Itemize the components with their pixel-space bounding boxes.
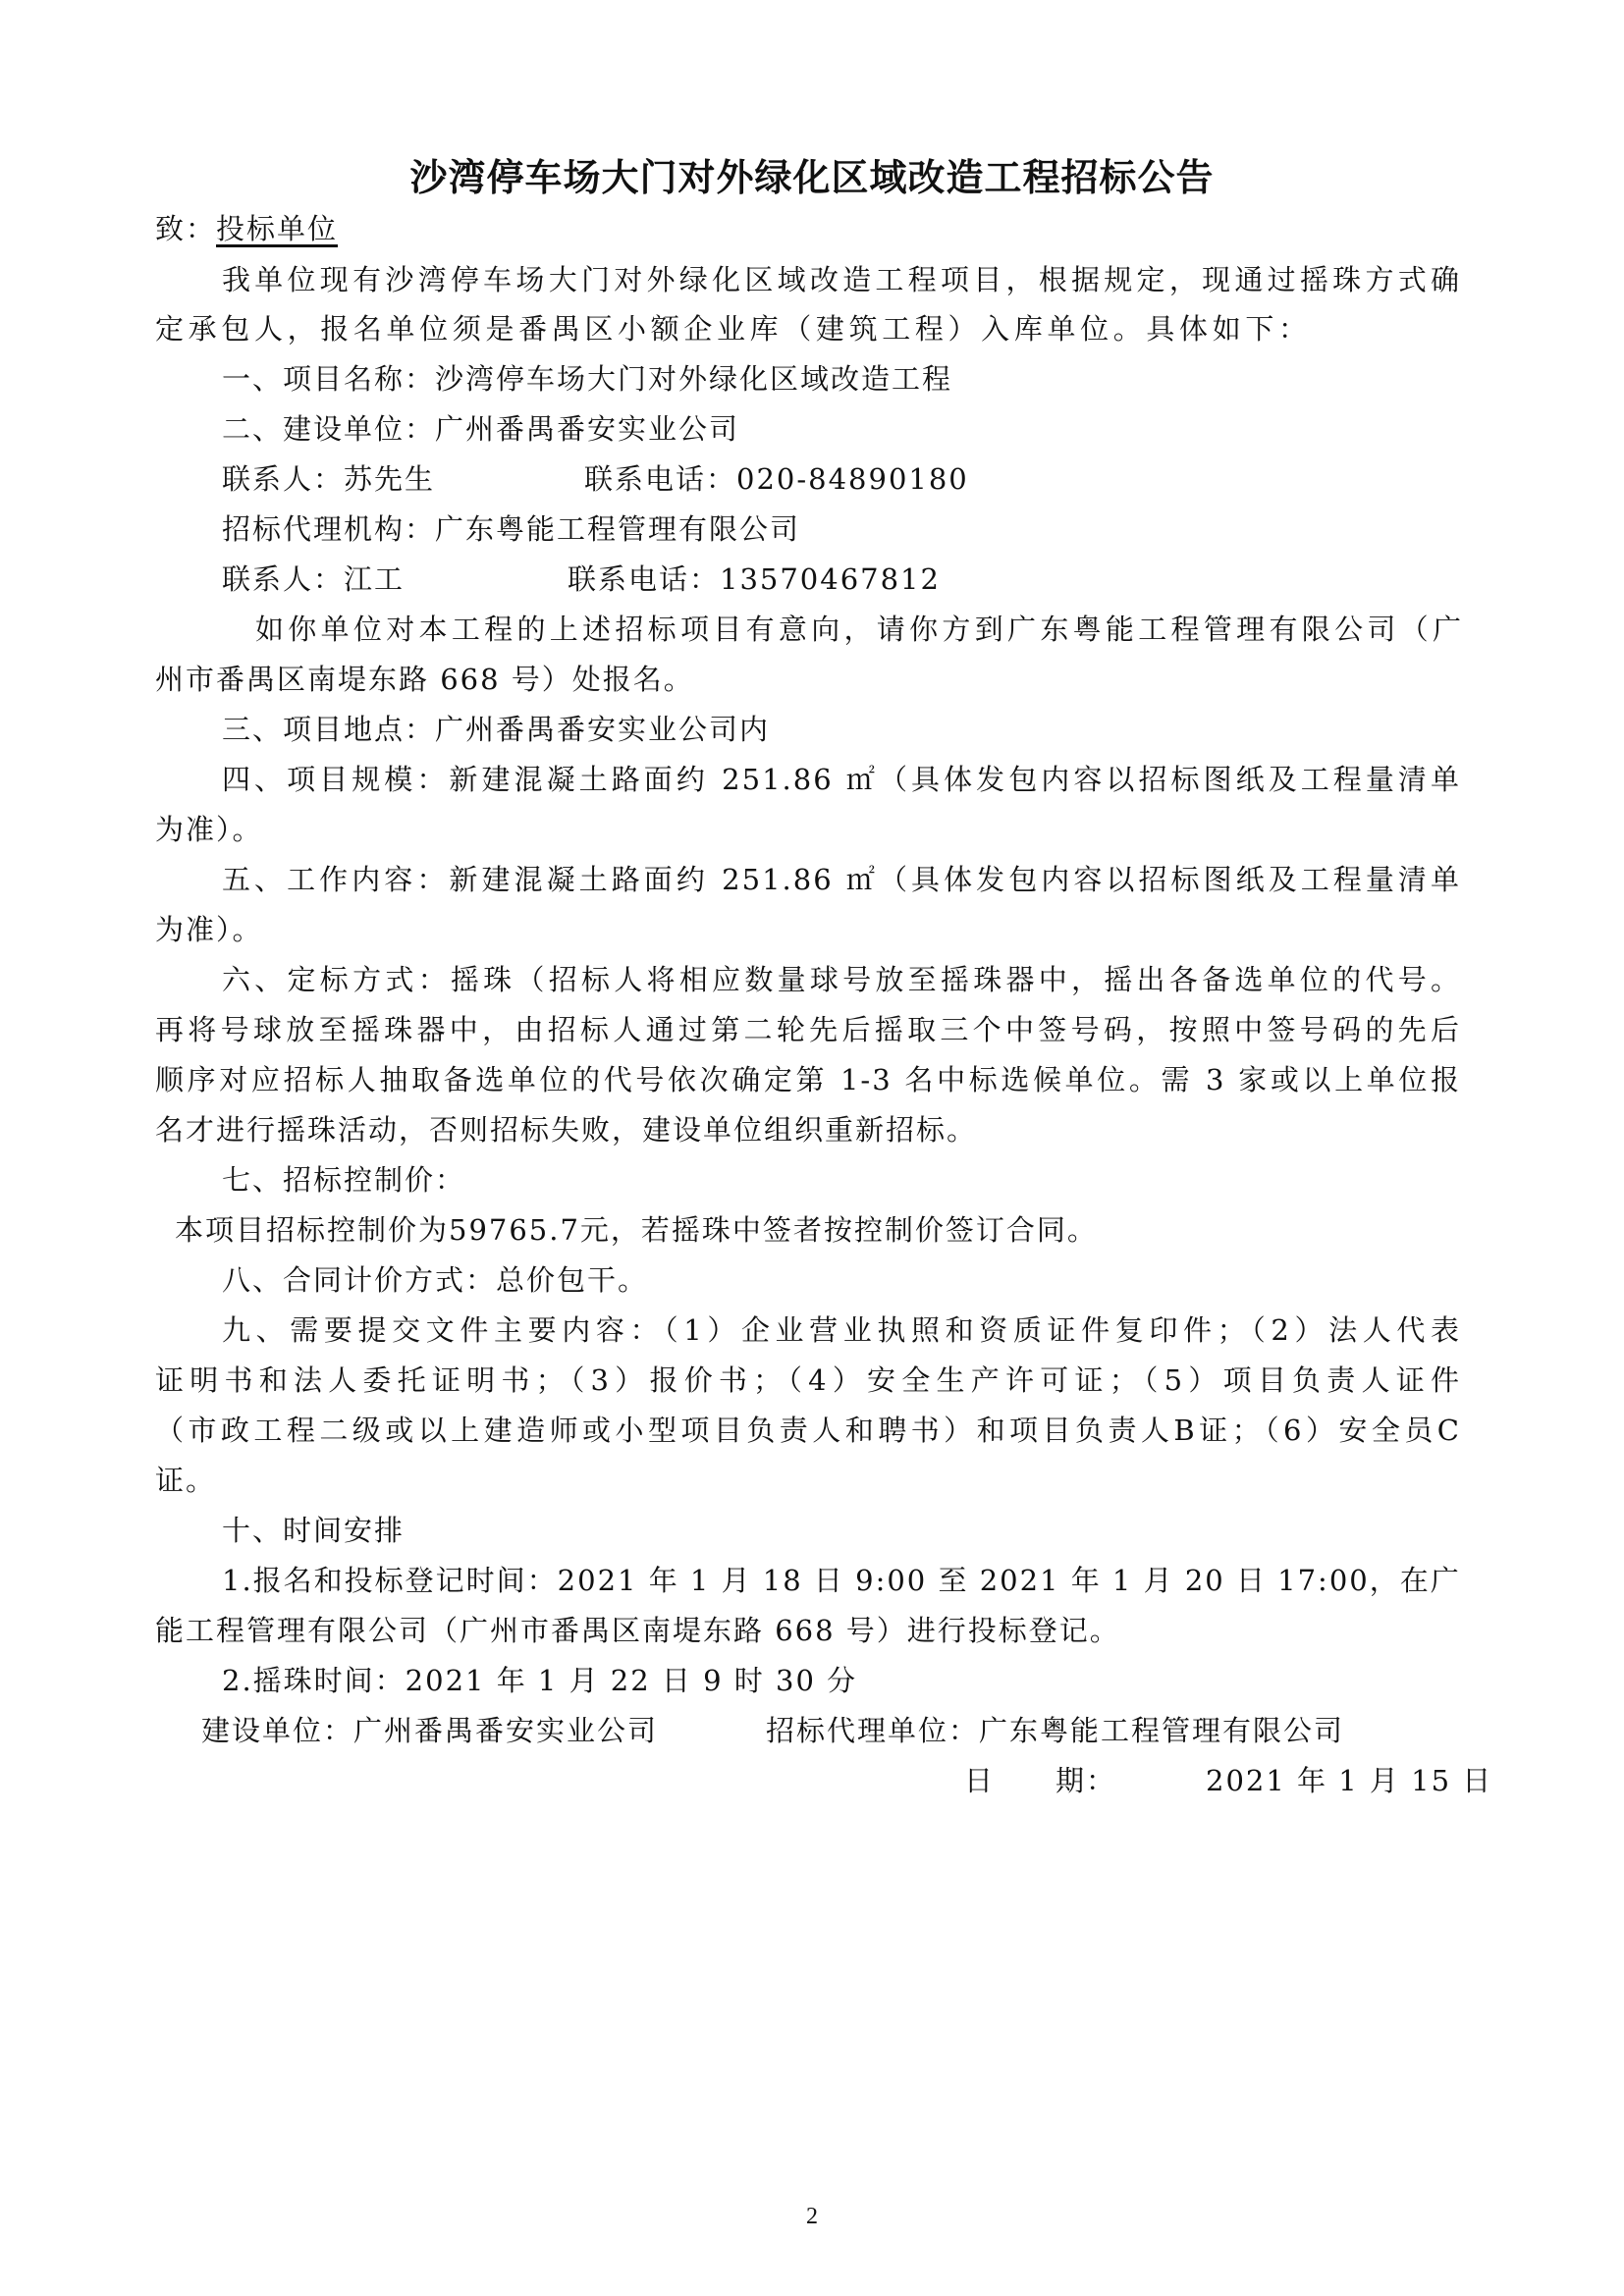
control-price-detail: 本项目招标控制价为59765.7元，若摇珠中签者按控制价签订合同。 (175, 1210, 1098, 1250)
schedule-item-2: 2.摇珠时间：2021 年 1 月 22 日 9 时 30 分 (222, 1661, 857, 1700)
section-schedule: 十、时间安排 (222, 1511, 405, 1550)
addressee-label: 致： (155, 212, 216, 245)
page-number: 2 (0, 2202, 1624, 2231)
builder-contact: 联系人：苏先生 (222, 459, 435, 499)
agency-name: 招标代理机构：广东粤能工程管理有限公司 (222, 509, 800, 549)
section-scale-line-1: 四、项目规模：新建混凝土路面约 251.86 ㎡（具体发包内容以招标图纸及工程量… (222, 760, 1461, 799)
document-title: 沙湾停车场大门对外绿化区域改造工程招标公告 (0, 155, 1624, 200)
intro-line-1: 我单位现有沙湾停车场大门对外绿化区域改造工程项目，根据规定，现通过摇珠方式确 (222, 260, 1461, 299)
schedule-item-1-line-2: 能工程管理有限公司（广州市番禺区南堤东路 668 号）进行投标登记。 (155, 1611, 1120, 1650)
date-label: 日 期： (964, 1761, 1116, 1800)
section-project-name: 一、项目名称：沙湾停车场大门对外绿化区域改造工程 (222, 359, 952, 399)
intro-line-2: 定承包人，报名单位须是番禺区小额企业库（建筑工程）入库单位。具体如下： (155, 309, 1309, 348)
schedule-item-1-line-1: 1.报名和投标登记时间：2021 年 1 月 18 日 9:00 至 2021 … (222, 1561, 1461, 1600)
section-control-price: 七、招标控制价： (222, 1160, 465, 1200)
agency-contact: 联系人：江工 (222, 560, 405, 599)
section-builder: 二、建设单位：广州番禺番安实业公司 (222, 409, 739, 449)
section-award-line-2: 再将号球放至摇珠器中，由招标人通过第二轮先后摇取三个中签号码，按照中签号码的先后 (155, 1010, 1461, 1049)
section-documents-line-1: 九、需要提交文件主要内容：（1）企业营业执照和资质证件复印件；（2）法人代表 (222, 1310, 1461, 1350)
addressee: 投标单位 (216, 212, 338, 245)
section-work-line-1: 五、工作内容：新建混凝土路面约 251.86 ㎡（具体发包内容以招标图纸及工程量… (222, 860, 1461, 899)
section-award-line-4: 名才进行摇珠活动，否则招标失败，建设单位组织重新招标。 (155, 1110, 977, 1149)
builder-phone: 联系电话：020-84890180 (584, 459, 969, 499)
interest-line-1: 如你单位对本工程的上述招标项目有意向，请你方到广东粤能工程管理有限公司（广 (255, 610, 1463, 649)
section-work-line-2: 为准）。 (155, 910, 263, 949)
section-documents-line-4: 证。 (155, 1461, 216, 1500)
signature-builder: 建设单位：广州番禺番安实业公司 (201, 1711, 658, 1750)
document-page: 沙湾停车场大门对外绿化区域改造工程招标公告 致：投标单位 我单位现有沙湾停车场大… (0, 0, 1624, 2296)
signature-agency: 招标代理单位：广东粤能工程管理有限公司 (766, 1711, 1344, 1750)
section-award-line-3: 顺序对应招标人抽取备选单位的代号依次确定第 1-3 名中标选候单位。需 3 家或… (155, 1060, 1461, 1099)
date-value: 2021 年 1 月 15 日 (1206, 1761, 1492, 1800)
section-documents-line-2: 证明书和法人委托证明书；（3）报价书；（4）安全生产许可证；（5）项目负责人证件 (155, 1361, 1461, 1400)
section-documents-line-3: （市政工程二级或以上建造师或小型项目负责人和聘书）和项目负责人B证；（6）安全员… (155, 1411, 1461, 1450)
interest-line-2: 州市番禺区南堤东路 668 号）处报名。 (155, 660, 694, 699)
section-pricing-method: 八、合同计价方式：总价包干。 (222, 1260, 648, 1300)
section-award-line-1: 六、定标方式：摇珠（招标人将相应数量球号放至摇珠器中，摇出各备选单位的代号。 (222, 960, 1461, 999)
addressee-line: 致：投标单位 (155, 209, 338, 248)
section-scale-line-2: 为准）。 (155, 810, 263, 849)
agency-phone: 联系电话：13570467812 (568, 560, 941, 599)
section-location: 三、项目地点：广州番禺番安实业公司内 (222, 710, 770, 749)
